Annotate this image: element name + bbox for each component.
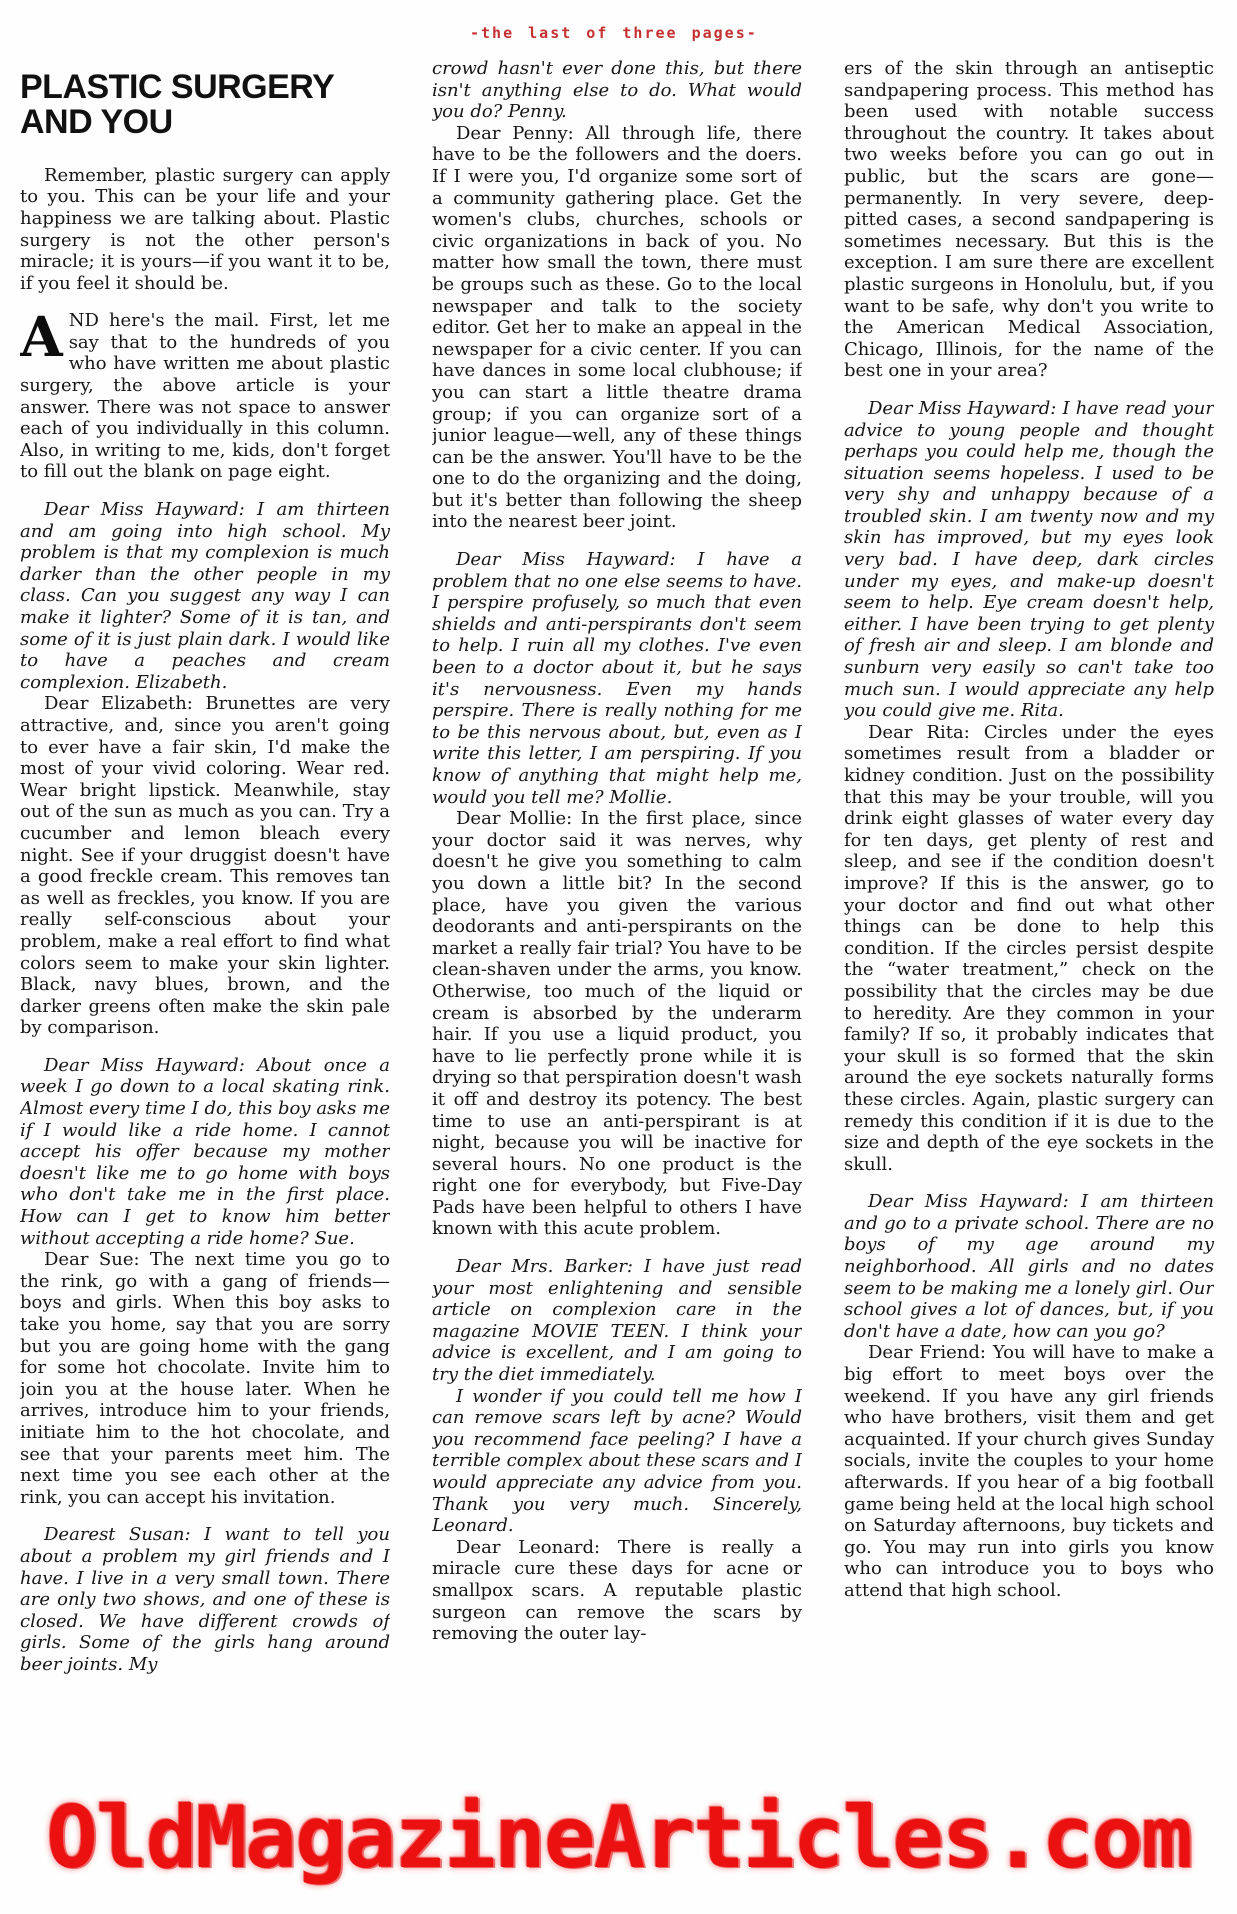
article-title-line2: AND YOU [20,103,173,141]
column-3: ers of the skin through an antiseptic sa… [844,58,1214,1676]
paragraph-mail-intro-text: ND here's the mail. First, let me say th… [20,310,390,482]
reply-elizabeth: Dear Elizabeth: Brunettes are very attra… [20,693,390,1039]
letter-rita: Dear Miss Hayward: I have read your advi… [844,398,1214,722]
letter-penny-part2: crowd hasn't ever done this, but there i… [432,58,802,123]
reply-friend: Dear Friend: You will have to make a big… [844,1342,1214,1601]
column-2: crowd hasn't ever done this, but there i… [432,58,802,1676]
reply-penny: Dear Penny: All through life, there have… [432,123,802,533]
article-title-line1: PLASTIC SURGERY [20,68,334,106]
reply-mollie: Dear Mollie: In the first place, since y… [432,808,802,1240]
watermark: OldMagazineArticles.com [46,1788,1191,1888]
reply-sue: Dear Sue: The next time you go to the ri… [20,1249,390,1508]
paragraph-mail-intro: AND here's the mail. First, let me say t… [20,310,390,483]
letter-elizabeth: Dear Miss Hayward: I am thirteen and am … [20,499,390,693]
reply-leonard-part2: ers of the skin through an antiseptic sa… [844,58,1214,382]
page-position-note: -the last of three pages- [470,24,758,42]
reply-rita: Dear Rita: Circles under the eyes someti… [844,722,1214,1175]
paragraph-intro: Remember, plastic surgery can apply to y… [20,165,390,295]
column-1: PLASTIC SURGERY AND YOU Remember, plasti… [20,58,390,1676]
magazine-page: -the last of three pages- PLASTIC SURGER… [0,0,1237,1914]
article-columns: PLASTIC SURGERY AND YOU Remember, plasti… [20,58,1214,1676]
drop-cap: A [20,310,69,359]
letter-leonard-part2: I wonder if you could tell me how I can … [432,1386,802,1537]
letter-leonard-part1: Dear Mrs. Barker: I have just read your … [432,1256,802,1386]
letter-mollie: Dear Miss Hayward: I have a problem that… [432,549,802,808]
letter-penny-part1: Dearest Susan: I want to tell you about … [20,1524,390,1675]
article-title: PLASTIC SURGERY AND YOU [20,70,390,141]
letter-sue: Dear Miss Hayward: About once a week I g… [20,1055,390,1249]
letter-friend: Dear Miss Hayward: I am thirteen and go … [844,1191,1214,1342]
reply-leonard-part1: Dear Leonard: There is really a miracle … [432,1537,802,1645]
